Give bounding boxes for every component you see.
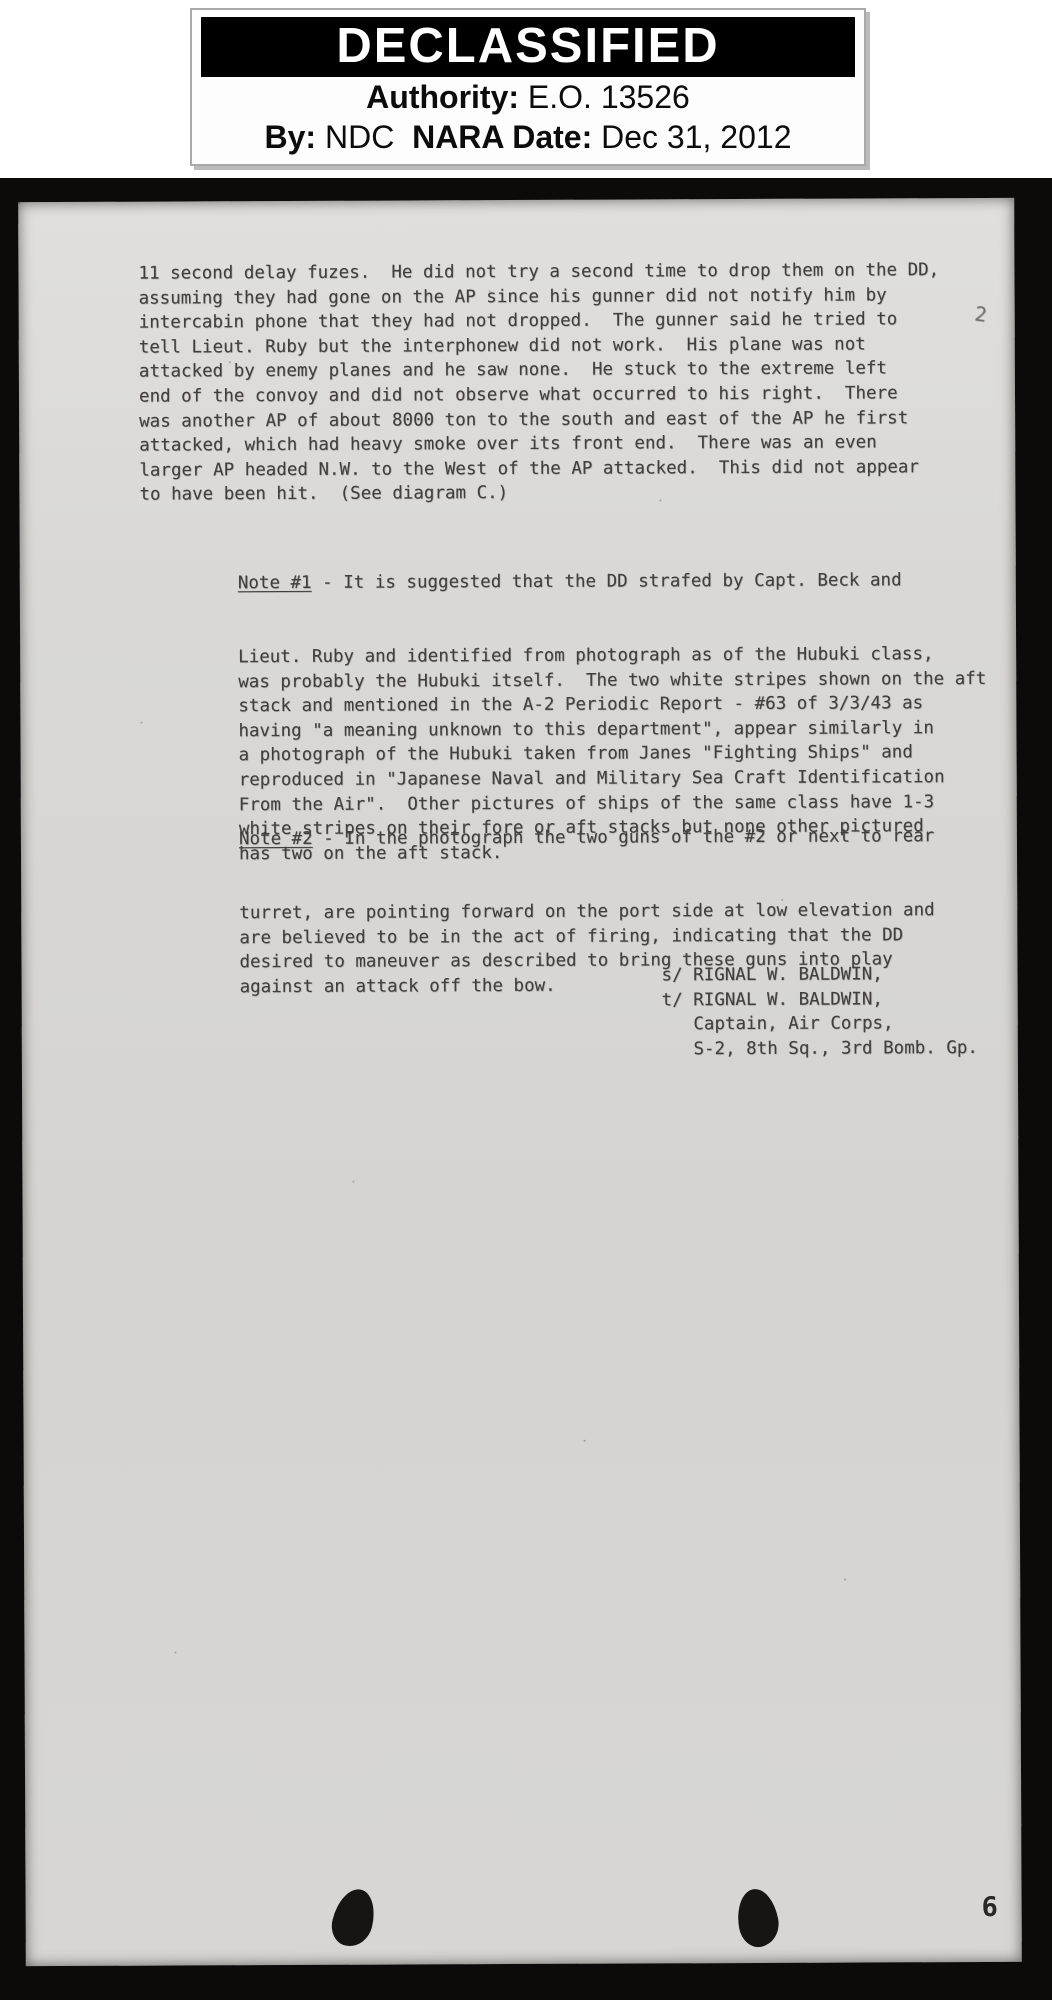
- scan-artifact-mark: 2: [973, 301, 988, 327]
- note-2-heading: Note #2: [239, 829, 313, 849]
- by-value: NDC: [316, 119, 412, 155]
- paragraph-line: larger AP headed N.W. to the West of the…: [139, 455, 940, 483]
- ink-blot-left: [327, 1885, 380, 1951]
- paragraph-line: intercabin phone that they had not dropp…: [139, 307, 940, 335]
- note-1-heading: Note #1: [238, 573, 312, 593]
- main-paragraph: 11 second delay fuzes. He did not try a …: [138, 258, 940, 507]
- by-label: By:: [265, 119, 317, 155]
- signature-line: s/ RIGNAL W. BALDWIN,: [661, 962, 977, 988]
- note-1-line: having "a meaning unknown to this depart…: [238, 716, 986, 744]
- paragraph-line: end of the convoy and did not observe wh…: [139, 381, 940, 409]
- declassified-stamp: DECLASSIFIED Authority: E.O. 13526 By: N…: [190, 8, 866, 166]
- note-2-first-line: Note #2 - In the photograph the two guns…: [239, 824, 934, 852]
- by-date-line: By: NDC NARA Date: Dec 31, 2012: [201, 117, 855, 157]
- scan-speckles: [18, 202, 20, 204]
- paragraph-line: was another AP of about 8000 ton to the …: [139, 406, 940, 434]
- note-1-line: stack and mentioned in the A-2 Periodic …: [238, 691, 986, 719]
- paragraph-line: attacked by enemy planes and he saw none…: [139, 357, 940, 385]
- paragraph-line: attacked, which had heavy smoke over its…: [139, 430, 940, 458]
- signature-block: s/ RIGNAL W. BALDWIN,t/ RIGNAL W. BALDWI…: [661, 962, 978, 1062]
- note-1-first-line: Note #1 - It is suggested that the DD st…: [238, 568, 986, 596]
- note-1-heading-rest: - It is suggested that the DD strafed by…: [312, 571, 902, 594]
- paragraph-line: assuming they had gone on the AP since h…: [139, 283, 940, 311]
- paragraph-line: tell Lieut. Ruby but the interphonew did…: [139, 332, 940, 360]
- ink-blot-right: [733, 1886, 783, 1950]
- authority-label: Authority:: [366, 79, 519, 115]
- document-page: 2 11 second delay fuzes. He did not try …: [18, 198, 1022, 1966]
- note-2-heading-rest: - In the photograph the two guns of the …: [313, 826, 935, 849]
- signature-line: t/ RIGNAL W. BALDWIN,: [662, 987, 978, 1013]
- scan-background: 2 11 second delay fuzes. He did not try …: [0, 178, 1052, 2000]
- signature-line: S-2, 8th Sq., 3rd Bomb. Gp.: [662, 1036, 978, 1062]
- paragraph-line: 11 second delay fuzes. He did not try a …: [138, 258, 939, 286]
- note-1-line: was probably the Hubuki itself. The two …: [238, 667, 986, 695]
- authority-line: Authority: E.O. 13526: [201, 77, 855, 117]
- signature-line: Captain, Air Corps,: [662, 1011, 978, 1037]
- nara-date-value: Dec 31, 2012: [592, 119, 791, 155]
- paragraph-line: to have been hit. (See diagram C.): [139, 480, 940, 508]
- authority-value: E.O. 13526: [519, 79, 690, 115]
- note-2-line: are believed to be in the act of firing,…: [239, 923, 934, 951]
- note-1-line: a photograph of the Hubuki taken from Ja…: [239, 740, 987, 768]
- note-1-line: Lieut. Ruby and identified from photogra…: [238, 642, 986, 670]
- declassification-header: DECLASSIFIED Authority: E.O. 13526 By: N…: [0, 0, 1052, 178]
- declassified-banner: DECLASSIFIED: [201, 17, 855, 77]
- note-2-line: turret, are pointing forward on the port…: [239, 898, 934, 926]
- nara-date-label: NARA Date:: [412, 119, 592, 155]
- page-number: 6: [982, 1892, 998, 1923]
